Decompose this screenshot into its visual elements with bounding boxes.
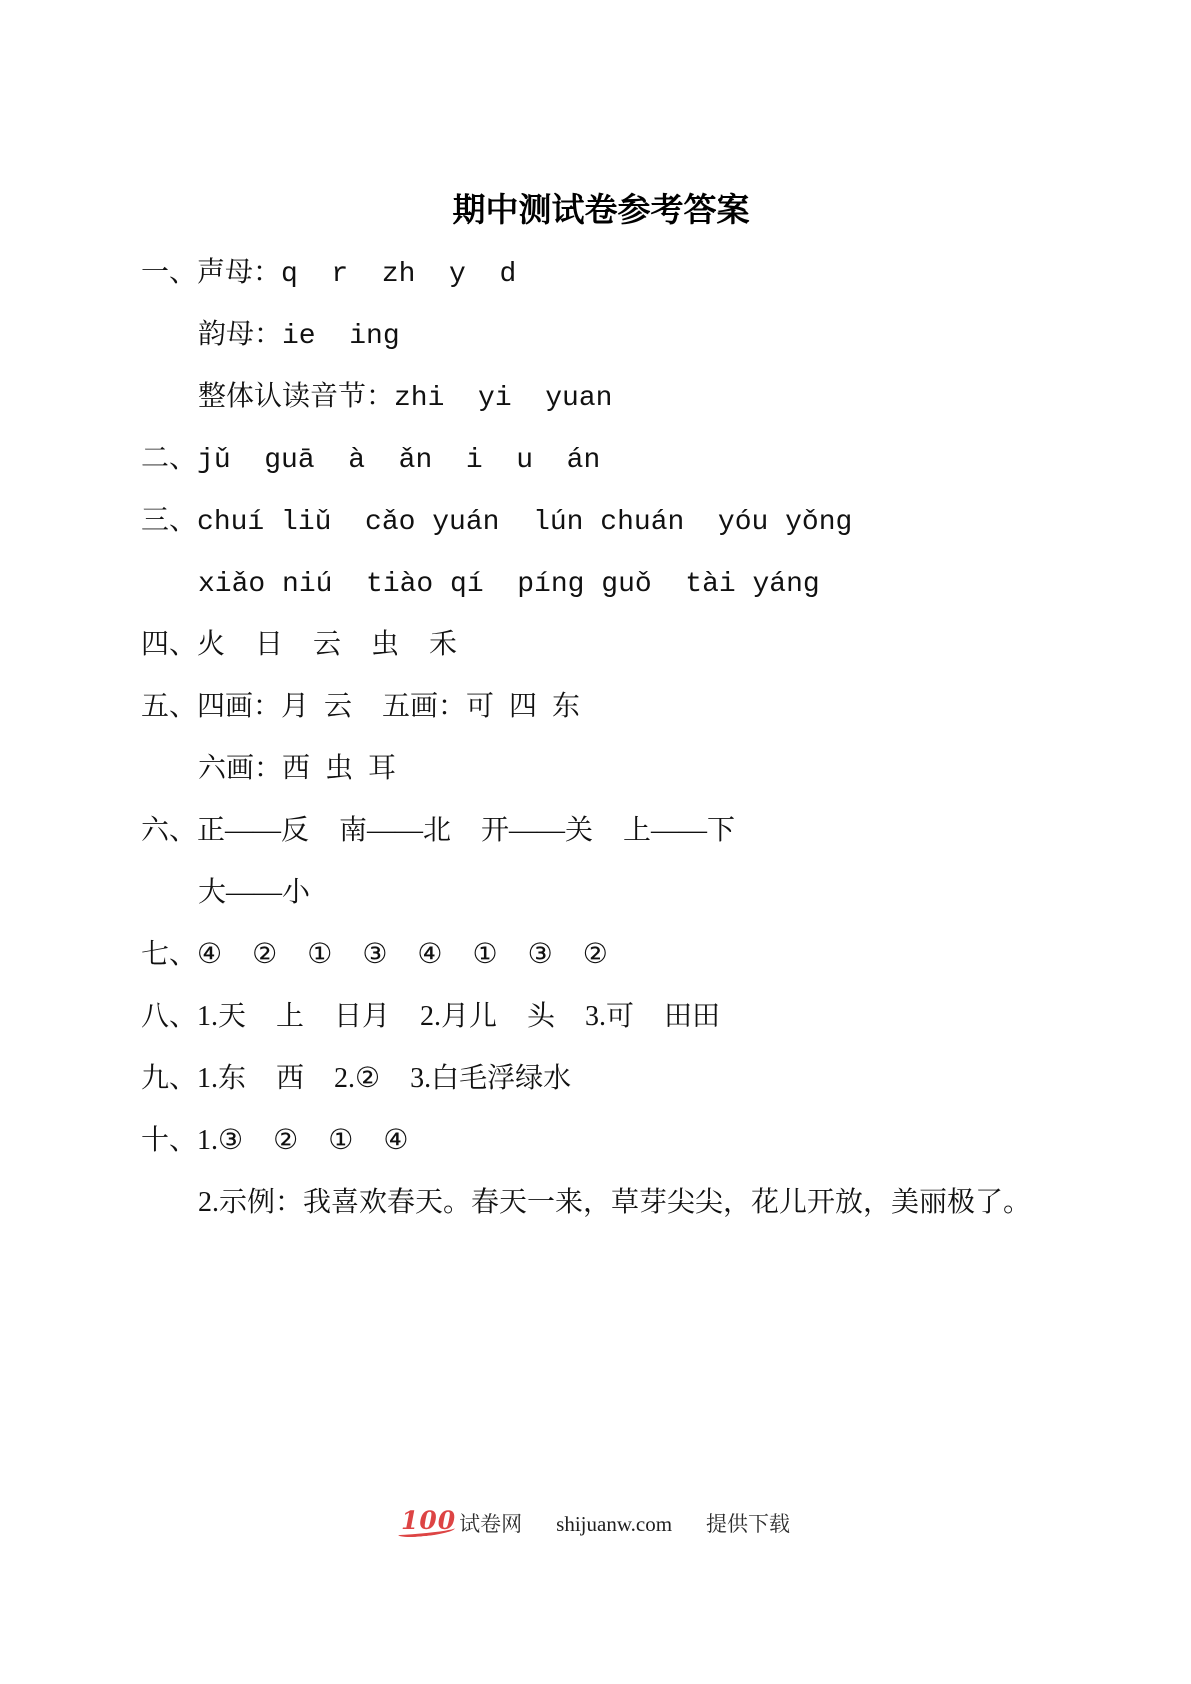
- answer-text: 1.天 上 日月 2.月儿 头 3.可 田田: [197, 1001, 720, 1032]
- answer-text: ④ ② ① ③ ④ ① ③ ②: [197, 939, 608, 970]
- item-number: 八、: [141, 1001, 197, 1032]
- answer-text: chuí liǔ cǎo yuán lún chuán yóu yǒng: [197, 507, 852, 538]
- answer-sheet: 期中测试卷参考答案 一、声母：q r zh y d 韵母：ie ing 整体认读…: [141, 190, 1061, 1234]
- answer-line-8: 八、1.天 上 日月 2.月儿 头 3.可 田田: [141, 986, 1061, 1048]
- answer-text: 正——反 南——北 开——关 上——下: [197, 815, 735, 846]
- item-number: 二、: [141, 443, 197, 474]
- answer-line-1c: 整体认读音节：zhi yi yuan: [141, 366, 1061, 428]
- answer-line-6: 六、正——反 南——北 开——关 上——下: [141, 800, 1061, 862]
- item-number: 一、: [141, 257, 197, 288]
- answer-line-7: 七、④ ② ① ③ ④ ① ③ ②: [141, 924, 1061, 986]
- answer-text: 四画：月 云 五画：可 四 东: [197, 691, 580, 722]
- item-number: 六、: [141, 815, 197, 846]
- item-number: 七、: [141, 939, 197, 970]
- answer-text: 1.③ ② ① ④: [197, 1125, 408, 1156]
- footer: 100试卷网 shijuanw.com 提供下载: [0, 1508, 1191, 1538]
- answer-text: jǔ guā à ǎn i u án: [197, 445, 600, 476]
- answer-line-2: 二、jǔ guā à ǎn i u án: [141, 428, 1061, 490]
- answer-line-5b: 六画：西 虫 耳: [141, 738, 1061, 800]
- answer-line-6b: 大——小: [141, 862, 1061, 924]
- item-number: 三、: [141, 505, 197, 536]
- answer-text: 六画：西 虫 耳: [198, 753, 396, 784]
- logo-100-icon: 100: [401, 1506, 456, 1535]
- answer-line-10: 十、1.③ ② ① ④: [141, 1110, 1061, 1172]
- footer-download-note: 提供下载: [706, 1508, 790, 1538]
- answer-line-3b: xiǎo niú tiào qí píng guǒ tài yáng: [141, 552, 1061, 614]
- answer-line-1b: 韵母：ie ing: [141, 304, 1061, 366]
- answer-text: 声母：q r zh y d: [197, 259, 516, 290]
- answer-line-3: 三、chuí liǔ cǎo yuán lún chuán yóu yǒng: [141, 490, 1061, 552]
- answer-line-9: 九、1.东 西 2.② 3.白毛浮绿水: [141, 1048, 1061, 1110]
- answer-line-1: 一、声母：q r zh y d: [141, 242, 1061, 304]
- answer-text: 2.示例：我喜欢春天。春天一来，草芽尖尖，花儿开放，美丽极了。: [198, 1187, 1031, 1218]
- answer-line-4: 四、火 日 云 虫 禾: [141, 614, 1061, 676]
- logo-100shijuanwang: 100试卷网: [401, 1508, 522, 1538]
- page-title: 期中测试卷参考答案: [141, 190, 1061, 230]
- answer-line-10b: 2.示例：我喜欢春天。春天一来，草芽尖尖，花儿开放，美丽极了。: [141, 1172, 1061, 1234]
- item-number: 九、: [141, 1063, 197, 1094]
- item-number: 五、: [141, 691, 197, 722]
- item-number: 十、: [141, 1125, 197, 1156]
- logo-site-name: 试卷网: [459, 1508, 522, 1538]
- answer-text: 1.东 西 2.② 3.白毛浮绿水: [197, 1063, 571, 1094]
- item-number: 四、: [141, 629, 197, 660]
- answer-text: 大——小: [198, 877, 310, 908]
- footer-domain: shijuanw.com: [556, 1512, 672, 1537]
- answer-text: 火 日 云 虫 禾: [197, 629, 457, 660]
- answer-text: xiǎo niú tiào qí píng guǒ tài yáng: [198, 569, 820, 600]
- answer-line-5: 五、四画：月 云 五画：可 四 东: [141, 676, 1061, 738]
- answer-text: 韵母：ie ing: [198, 321, 400, 352]
- answer-text: 整体认读音节：zhi yi yuan: [198, 383, 612, 414]
